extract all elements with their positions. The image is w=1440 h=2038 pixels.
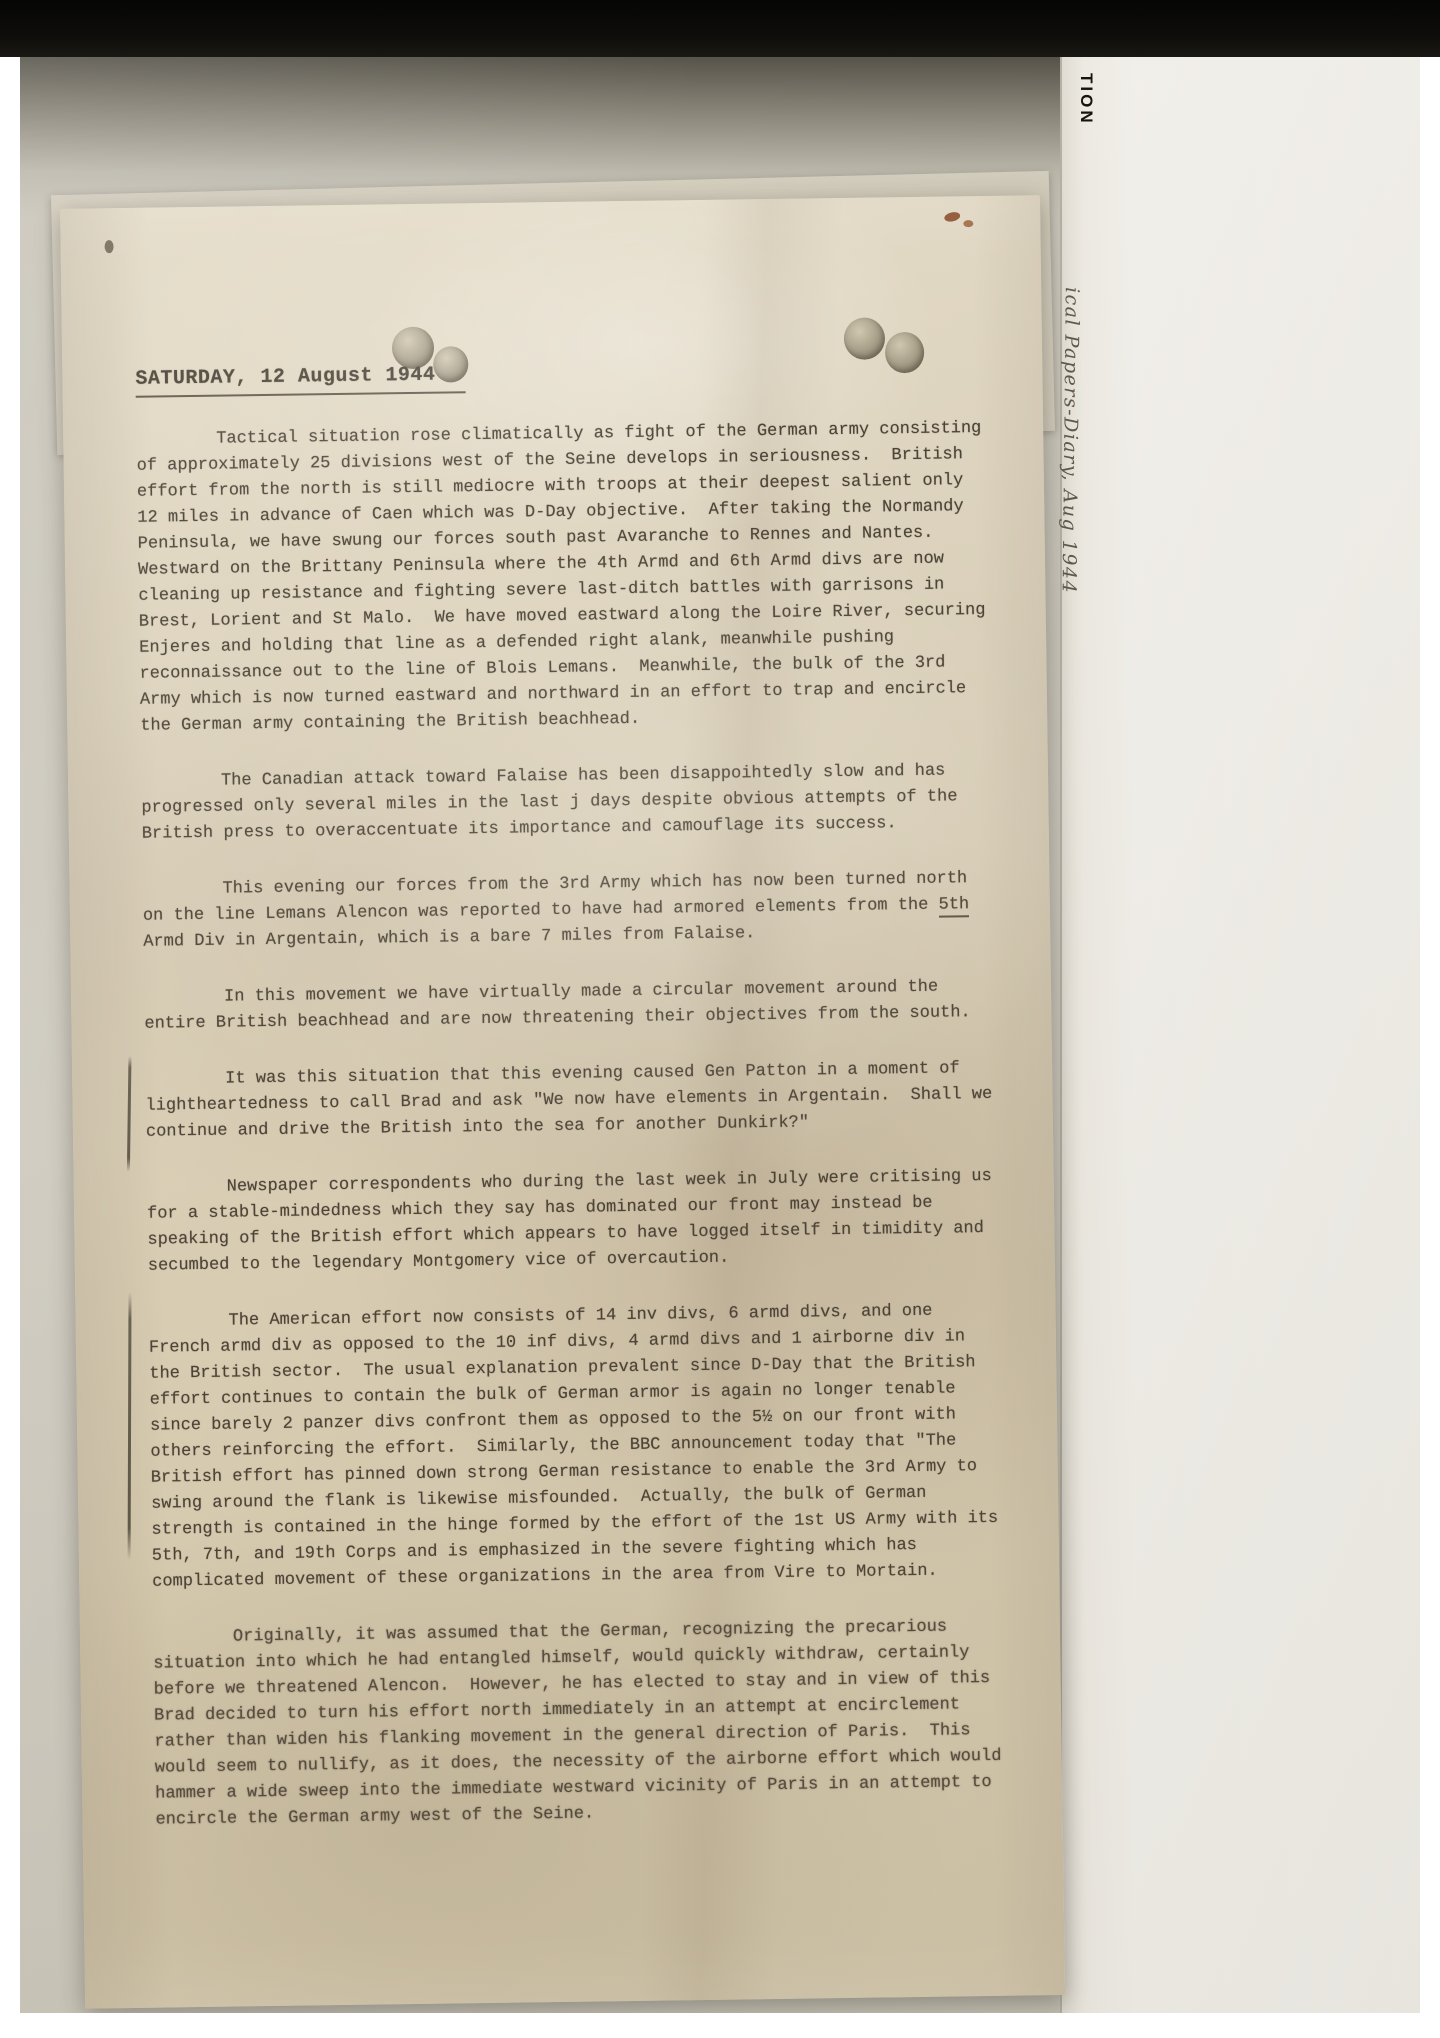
page-content: SATURDAY, 12 August 1944 Tactical situat… [133, 196, 1008, 1864]
underlined-unit-number: 5th [938, 895, 969, 917]
paragraph-patton-quote: It was this situation that this evening … [145, 1056, 998, 1146]
paragraph-canadian-attack: The Canadian attack toward Falaise has b… [141, 758, 994, 848]
scanned-photo-page: TION ical Papers-Diary, Aug 1944 SATURDA… [0, 0, 1440, 2038]
paragraph-text: The American effort now consists of 14 i… [149, 1302, 1009, 1592]
handwritten-side-note: ical Papers-Diary, Aug 1944 [1055, 287, 1083, 827]
document-page: SATURDAY, 12 August 1944 Tactical situat… [60, 195, 1065, 2009]
entry-date-heading: SATURDAY, 12 August 1944 [135, 363, 465, 398]
folder-label: TION [1076, 73, 1096, 126]
photo-dark-top-edge [0, 0, 1440, 57]
stain-mark [104, 240, 113, 253]
paragraph-press-criticism: Newspaper correspondents who during the … [147, 1164, 1000, 1280]
paragraph-german-withdrawal: Originally, it was assumed that the Germ… [153, 1614, 1008, 1834]
paragraph-text: It was this situation that this evening … [145, 1059, 1002, 1142]
margin-pen-mark [127, 1056, 132, 1172]
paragraph-tactical-situation: Tactical situation rose climatically as … [136, 416, 992, 740]
paragraph-american-effort: The American effort now consists of 14 i… [148, 1298, 1004, 1596]
photo-right-margin: TION ical Papers-Diary, Aug 1944 [1060, 57, 1420, 2013]
archive-photo: TION ical Papers-Diary, Aug 1944 SATURDA… [20, 57, 1420, 2013]
paragraph-third-army-report: This evening our forces from the 3rd Arm… [142, 866, 995, 956]
paragraph-circular-movement: In this movement we have virtually made … [144, 974, 997, 1038]
margin-pen-mark [128, 1292, 132, 1560]
paragraph-text: This evening our forces from the 3rd Arm… [143, 869, 978, 926]
